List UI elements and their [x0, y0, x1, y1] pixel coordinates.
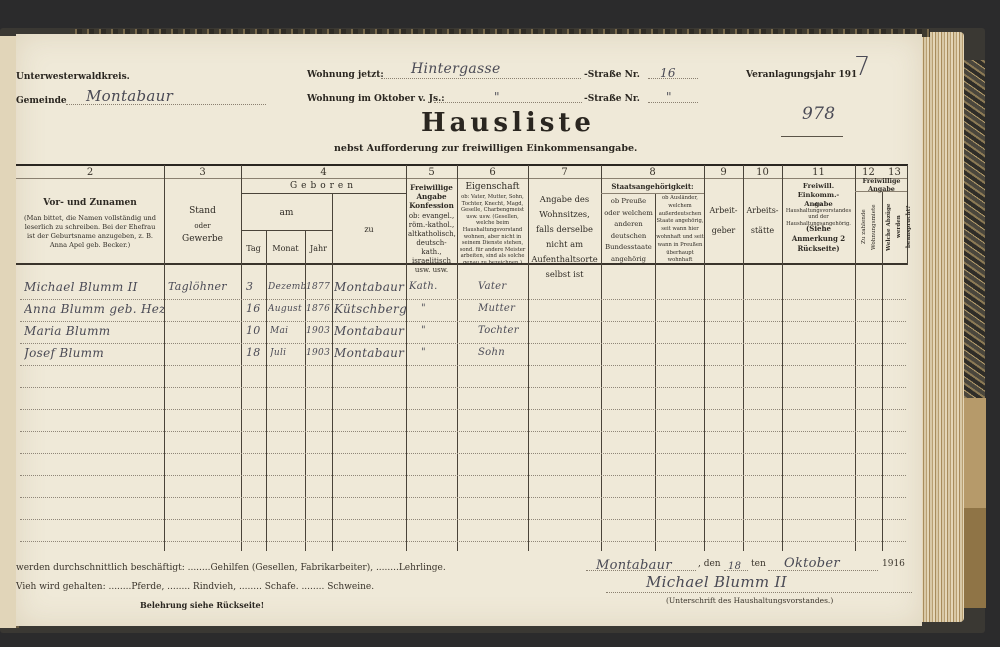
wohnung-jetzt-value: Hintergasse	[381, 61, 501, 77]
reference-number: 978	[802, 104, 835, 124]
header-konfession-note: ob: evangel., röm.-kathol., altkatholisc…	[408, 212, 455, 275]
staats-rule	[601, 193, 704, 194]
row-rule	[20, 321, 906, 322]
col-number: 11	[782, 167, 855, 178]
col-number: 6	[457, 167, 528, 178]
col-number: 3	[164, 167, 241, 178]
table-top-border	[16, 164, 908, 166]
row-rule	[20, 541, 906, 542]
header-miete: Zu zahlende Wohnungsmiete	[859, 194, 879, 260]
row-rule	[20, 431, 906, 432]
livestock-line: Vieh wird gehalten: ........Pferde, ....…	[16, 582, 374, 592]
strasse-nr-2: "	[648, 90, 672, 104]
day-value: 18	[724, 561, 741, 572]
header-wohnsitz: Angabe des Wohnsitzes, falls derselbe ni…	[530, 192, 599, 282]
row-rule	[20, 409, 906, 410]
cell-ort: Montabaur	[334, 346, 406, 360]
document-subtitle: nebst Aufforderung zur freiwilligen Eink…	[334, 143, 637, 154]
col-divider	[528, 165, 529, 551]
strasse-nr-1: 16	[648, 66, 676, 80]
cell-eigenschaft: Vater	[478, 281, 528, 292]
header-eigenschaft-note: ob: Vater, Mutter, Sohn, Tochter, Knecht…	[459, 194, 526, 267]
page-stack-edge	[918, 32, 964, 622]
header-name: Vor- und Zunamen	[20, 198, 160, 208]
hausliste-page: Unterwesterwaldkreis. Gemeinde Montabaur…	[16, 34, 922, 626]
cell-eigenschaft: Mutter	[478, 303, 528, 314]
signature-field: Michael Blumm II	[606, 572, 912, 593]
day-field: 18	[724, 554, 748, 571]
strasse-label-1: -Straße Nr.	[584, 70, 640, 80]
gemeinde-value: Montabaur	[66, 87, 173, 105]
col-number: 2	[16, 167, 164, 178]
wohnung-jetzt-field: Hintergasse	[381, 58, 581, 79]
employment-line: werden durchschnittlich beschäftigt: ...…	[16, 563, 446, 573]
header-geboren: Geboren	[241, 181, 406, 191]
header-stand: Stand	[164, 206, 241, 216]
header-staats-left: ob Preuße oder welchem anderen deutschen…	[602, 196, 655, 265]
col-number: 10	[743, 167, 782, 178]
col-divider	[241, 165, 242, 551]
row-rule	[20, 343, 906, 344]
header-staatsangehoerigkeit: Staatsangehörigkeit:	[602, 182, 703, 192]
header-monat: Monat	[266, 244, 305, 254]
cell-name: Anna Blumm geb. Hezz	[24, 302, 164, 316]
month-value: Oktober	[768, 556, 840, 571]
col-divider	[743, 165, 744, 551]
header-arbeitgeber-1: Arbeit-	[704, 206, 743, 216]
header-arbeitsstaette-2: stätte	[743, 226, 782, 236]
gemeinde-field: Montabaur	[66, 86, 266, 105]
row-rule	[20, 299, 906, 300]
row-rule	[20, 519, 906, 520]
row-rule	[20, 453, 906, 454]
header-tag: Tag	[241, 244, 266, 254]
veranlagungsjahr-digit: 7	[854, 52, 871, 82]
cell-konfession: "	[421, 347, 455, 358]
col-divider	[704, 165, 705, 551]
book-tab	[962, 398, 986, 508]
col-number: 8	[601, 167, 704, 178]
wohnung-jetzt-label: Wohnung jetzt:	[307, 70, 384, 80]
row-rule	[20, 497, 906, 498]
col-divider	[305, 231, 306, 551]
instruction-note: Belehrung siehe Rückseite!	[140, 600, 264, 610]
cell-monat: Juli	[270, 348, 305, 358]
cell-eigenschaft: Sohn	[478, 347, 528, 358]
signature-value: Michael Blumm II	[606, 573, 787, 591]
header-arbeitgeber-2: geber	[704, 226, 743, 236]
col-number-rule	[16, 178, 908, 179]
header-einkommen-ref: (Siehe Anmerkung 2 Rückseite)	[784, 224, 853, 254]
cell-tag: 18	[246, 346, 266, 359]
col-divider	[266, 231, 267, 551]
cell-konfession: "	[421, 325, 455, 336]
cell-tag: 16	[246, 302, 266, 315]
geboren-rule	[241, 193, 406, 194]
year-value: 1916	[882, 559, 905, 569]
cell-jahr: 1903	[306, 326, 332, 336]
header-konfession: Freiwillige Angabe Konfession	[408, 183, 455, 210]
strasse-label-2: -Straße Nr.	[584, 94, 640, 104]
cell-ort: Montabaur	[334, 280, 406, 294]
header-am: am	[241, 208, 332, 218]
cell-monat: Mai	[270, 326, 305, 336]
header-name-note: (Man bittet, die Namen vollständig und l…	[20, 214, 160, 250]
col-number: 5	[406, 167, 457, 178]
strasse-nr-field-2: "	[648, 86, 698, 103]
gemeinde-label: Gemeinde	[16, 96, 67, 106]
cell-konfession: Kath.	[409, 281, 455, 292]
col-divider	[782, 165, 783, 551]
veranlagungsjahr-label: Veranlagungsjahr 191	[746, 70, 857, 80]
wohnung-oktober-label: Wohnung im Oktober v. Js.:	[307, 94, 445, 104]
cell-monat: August	[268, 304, 305, 314]
cell-name: Michael Blumm II	[24, 280, 164, 294]
cell-name: Josef Blumm	[24, 346, 164, 360]
header-eigenschaft: Eigenschaft	[459, 182, 526, 192]
cell-jahr: 1877	[306, 282, 332, 292]
col-number: 9	[704, 167, 743, 178]
header-abzuege: Welche Abzüge werden beansprucht?	[884, 194, 906, 260]
place-value: Montabaur	[586, 558, 672, 573]
den-label: , den	[698, 559, 721, 569]
reference-underline	[781, 136, 843, 137]
header-zu: zu	[332, 225, 406, 235]
cell-jahr: 1876	[306, 304, 332, 314]
cell-konfession: "	[421, 303, 455, 314]
cell-stand: Taglöhner	[168, 280, 240, 293]
header-staats-right: ob Ausländer, welchem außerdeutschen Sta…	[656, 195, 704, 265]
cell-ort: Kütschberg	[334, 302, 406, 316]
strasse-nr-field-1: 16	[648, 62, 698, 79]
row-rule	[20, 387, 906, 388]
cell-eigenschaft: Tochter	[478, 325, 528, 336]
col-number: 7	[528, 167, 601, 178]
col-divider	[855, 165, 856, 551]
col-number: 4	[241, 167, 406, 178]
geboren-am-rule	[241, 230, 332, 231]
document-title: Hausliste	[421, 108, 595, 138]
cell-ort: Montabaur	[334, 324, 406, 338]
ten-label: ten	[751, 559, 766, 569]
book-tab	[962, 508, 986, 608]
wohnung-oktober-value: "	[434, 90, 500, 104]
row-rule	[20, 475, 906, 476]
district-label: Unterwesterwaldkreis.	[16, 72, 130, 82]
signature-caption: (Unterschrift des Haushaltungsvorstandes…	[666, 596, 833, 605]
header-oder: oder	[164, 221, 241, 231]
cell-jahr: 1903	[306, 348, 332, 358]
cell-name: Maria Blumm	[24, 324, 164, 338]
header-jahr: Jahr	[305, 244, 332, 254]
cell-tag: 3	[246, 280, 266, 293]
wohnung-oktober-field: "	[434, 86, 582, 103]
col-divider	[457, 165, 458, 551]
place-field: Montabaur	[586, 554, 696, 571]
header-arbeitsstaette-1: Arbeits-	[743, 206, 782, 216]
month-field: Oktober	[768, 552, 878, 571]
col-divider	[406, 165, 407, 551]
row-rule	[20, 365, 906, 366]
header-freiwillige: Freiwillige Angabe	[856, 178, 907, 193]
cell-monat: Dezemb.	[268, 282, 305, 292]
header-gewerbe: Gewerbe	[164, 234, 241, 244]
cell-tag: 10	[246, 324, 266, 337]
